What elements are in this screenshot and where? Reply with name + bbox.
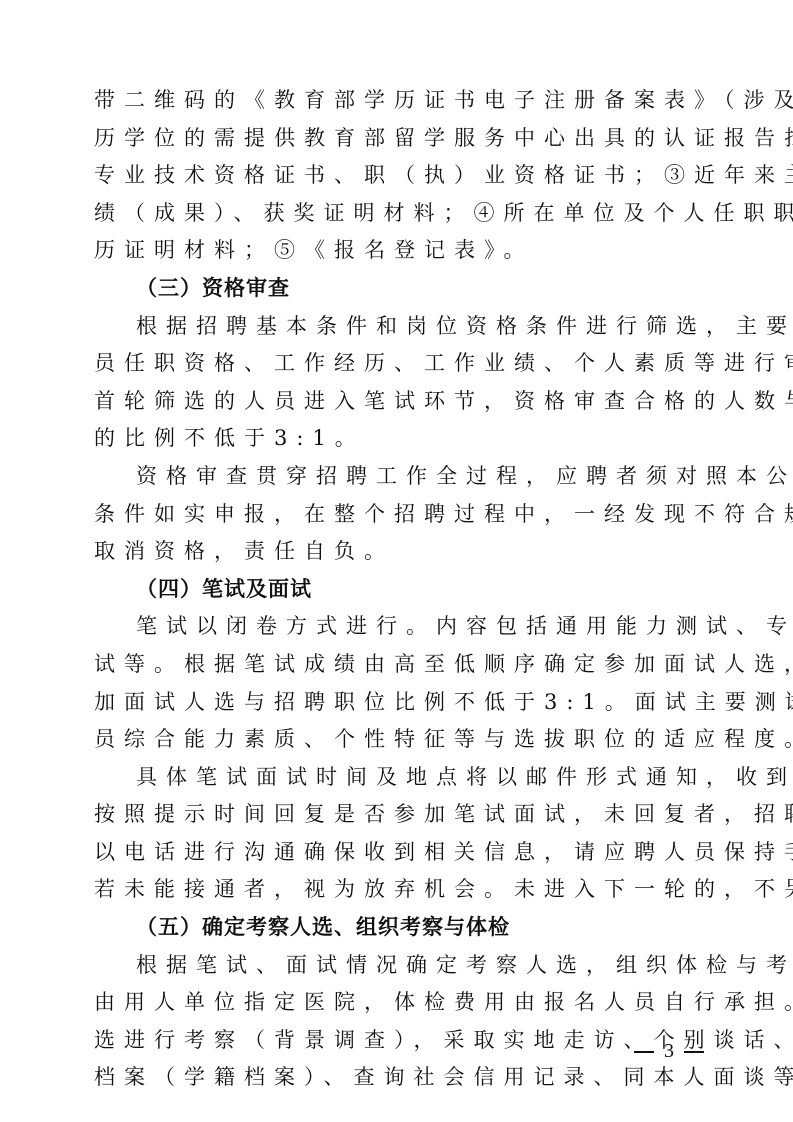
body-line: 按照提示时间回复是否参加笔试面试，未回复者，招聘项目组会	[94, 796, 700, 834]
section-heading-written-test-interview: （四）笔试及面试	[94, 571, 700, 609]
body-line: 员综合能力素质、个性特征等与选拔职位的适应程度。	[94, 721, 700, 759]
body-line: 根据笔试、面试情况确定考察人选，组织体检与考察。体检	[94, 947, 700, 985]
body-line: 笔试以闭卷方式进行。内容包括通用能力测试、专业知识测	[94, 608, 700, 646]
body-line: 历证明材料；⑤《报名登记表》。	[94, 232, 700, 270]
body-line: 首轮筛选的人员进入笔试环节，资格审查合格的人数与招聘职位	[94, 383, 700, 421]
body-line: 档案（学籍档案）、查询社会信用记录、同本人面谈等方法，了	[94, 1059, 700, 1097]
body-line: 以电话进行沟通确保收到相关信息，请应聘人员保持手机畅通，	[94, 834, 700, 872]
section-heading-inspection-and-medical: （五）确定考察人选、组织考察与体检	[94, 909, 700, 947]
page-footer: 3	[634, 1040, 704, 1063]
footer-dash-left	[634, 1051, 654, 1053]
document-page: 带二维码的《教育部学历证书电子注册备案表》（涉及国境外学 历学位的需提供教育部留…	[94, 82, 700, 1097]
body-line: 由用人单位指定医院，体检费用由报名人员自行承担。对考察人	[94, 984, 700, 1022]
body-line: 取消资格，责任自负。	[94, 533, 700, 571]
body-line: 专业技术资格证书、职（执）业资格证书；③近年来主要工作业	[94, 157, 700, 195]
body-line: 根据招聘基本条件和岗位资格条件进行筛选，主要对报名人	[94, 308, 700, 346]
body-line: 条件如实申报，在整个招聘过程中，一经发现不符合规定的，则	[94, 496, 700, 534]
body-line: 绩（成果）、获奖证明材料；④所在单位及个人任职职位相关经	[94, 195, 700, 233]
body-line: 员任职资格、工作经历、工作业绩、个人素质等进行审核，通过	[94, 345, 700, 383]
body-line: 试等。根据笔试成绩由高至低顺序确定参加面试人选，原则上参	[94, 646, 700, 684]
body-line: 带二维码的《教育部学历证书电子注册备案表》（涉及国境外学	[94, 82, 700, 120]
body-line: 的比例不低于3:1。	[94, 420, 700, 458]
body-line: 加面试人选与招聘职位比例不低于3:1。面试主要测试评价应聘人	[94, 684, 700, 722]
section-heading-qualification-review: （三）资格审查	[94, 270, 700, 308]
body-line: 若未能接通者，视为放弃机会。未进入下一轮的，不另行通知。	[94, 871, 700, 909]
footer-dash-right	[684, 1051, 704, 1053]
body-line: 具体笔试面试时间及地点将以邮件形式通知，收到通知的须	[94, 759, 700, 797]
body-line: 资格审查贯穿招聘工作全过程，应聘者须对照本公告规定的	[94, 458, 700, 496]
page-number: 3	[664, 1040, 674, 1063]
body-line: 历学位的需提供教育部留学服务中心出具的认证报告扫描件）、	[94, 120, 700, 158]
body-line: 选进行考察（背景调查），采取实地走访、个别谈话、审核人事	[94, 1022, 700, 1060]
